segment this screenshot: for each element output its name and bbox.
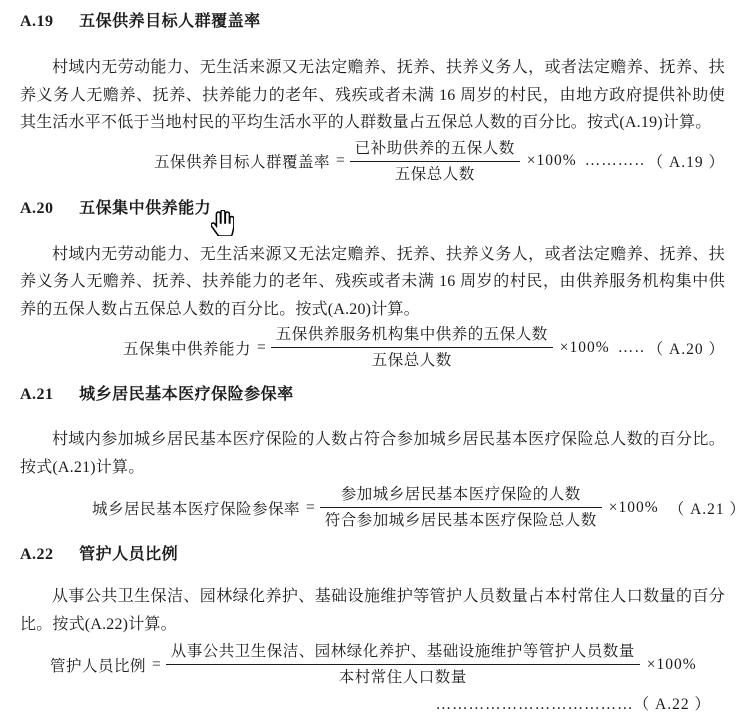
heading-title: 五保供养目标人群覆盖率 (79, 13, 261, 30)
heading-title: 五保集中供养能力 (79, 200, 211, 217)
heading-number: A.22 (20, 546, 54, 563)
equals-sign: = (306, 499, 315, 517)
equals-sign: = (257, 339, 266, 357)
equation-number: （ A.20 ） (648, 337, 725, 359)
formula-lhs: 五保集中供养能力 (123, 337, 251, 359)
multiplier: ×100% (560, 339, 610, 357)
section-heading: A.21城乡居民基本医疗保险参保率 (20, 385, 725, 405)
formula-lhs: 城乡居民基本医疗保险参保率 (92, 497, 300, 519)
section-a20: A.20五保集中供养能力 村域内无劳动能力、无生活来源又无法定赡养、抚养、扶养义… (20, 199, 725, 372)
fraction-numerator: 已补助供养的五保人数 (350, 138, 520, 161)
section-heading: A.20五保集中供养能力 (20, 199, 725, 219)
equation-number: （ A.22 ） (634, 696, 711, 713)
fraction: 五保供养服务机构集中供养的五保人数 五保总人数 (271, 324, 553, 371)
fraction: 从事公共卫生保洁、园林绿化养护、基础设施维护等管护人员数量 本村常住人口数量 (166, 641, 640, 688)
multiplier: ×100% (647, 656, 697, 674)
equals-sign: = (152, 656, 161, 674)
heading-number: A.19 (20, 13, 54, 30)
paragraph: 村域内参加城乡居民基本医疗保险的人数占符合参加城乡居民基本医疗保险总人数的百分比… (20, 426, 725, 481)
dot-leader: ……………………………… (436, 696, 634, 713)
hand-cursor-icon (211, 210, 234, 236)
section-heading: A.22管护人员比例 (20, 545, 725, 565)
formula-a22: 管护人员比例 = 从事公共卫生保洁、园林绿化养护、基础设施维护等管护人员数量 本… (50, 641, 725, 688)
heading-title: 城乡居民基本医疗保险参保率 (79, 386, 294, 403)
equation-number: （ A.21 ） (669, 497, 745, 519)
fraction: 已补助供养的五保人数 五保总人数 (350, 138, 520, 185)
paragraph: 村域内无劳动能力、无生活来源又无法定赡养、抚养、扶养义务人，或者法定赡养、抚养、… (20, 241, 725, 324)
fraction-denominator: 五保总人数 (367, 348, 457, 371)
heading-number: A.20 (20, 200, 54, 217)
fraction-numerator: 参加城乡居民基本医疗保险的人数 (336, 484, 586, 507)
fraction-numerator: 从事公共卫生保洁、园林绿化养护、基础设施维护等管护人员数量 (166, 641, 640, 664)
dot-leader: …………… (585, 152, 646, 170)
fraction: 参加城乡居民基本医疗保险的人数 符合参加城乡居民基本医疗保险总人数 (320, 484, 602, 531)
formula-a19: 五保供养目标人群覆盖率 = 已补助供养的五保人数 五保总人数 ×100% ………… (154, 138, 725, 185)
equals-sign: = (336, 152, 345, 170)
fraction-denominator: 本村常住人口数量 (334, 665, 472, 688)
formula-a20: 五保集中供养能力 = 五保供养服务机构集中供养的五保人数 五保总人数 ×100%… (123, 324, 725, 371)
formula-lhs: 五保供养目标人群覆盖率 (154, 150, 330, 172)
fraction-denominator: 五保总人数 (390, 162, 480, 185)
formula-lhs: 管护人员比例 (50, 654, 146, 676)
section-a19: A.19五保供养目标人群覆盖率 村域内无劳动能力、无生活来源又无法定赡养、抚养、… (20, 12, 725, 185)
formula-a21: 城乡居民基本医疗保险参保率 = 参加城乡居民基本医疗保险的人数 符合参加城乡居民… (92, 484, 725, 531)
equation-number: （ A.19 ） (648, 150, 725, 172)
heading-title: 管护人员比例 (79, 546, 178, 563)
paragraph: 村域内无劳动能力、无生活来源又无法定赡养、抚养、扶养义务人，或者法定赡养、抚养、… (20, 54, 725, 137)
multiplier: ×100% (609, 499, 659, 517)
section-a22: A.22管护人员比例 从事公共卫生保洁、园林绿化养护、基础设施维护等管护人员数量… (20, 545, 725, 714)
multiplier: ×100% (527, 152, 577, 170)
dot-leader: ……… (618, 339, 646, 357)
section-heading: A.19五保供养目标人群覆盖率 (20, 12, 725, 32)
document-page: A.19五保供养目标人群覆盖率 村域内无劳动能力、无生活来源又无法定赡养、抚养、… (0, 0, 745, 722)
paragraph: 从事公共卫生保洁、园林绿化养护、基础设施维护等管护人员数量占本村常住人口数量的百… (20, 583, 725, 638)
equation-number-line: ………………………………（ A.22 ） (20, 692, 725, 714)
section-a21: A.21城乡居民基本医疗保险参保率 村域内参加城乡居民基本医疗保险的人数占符合参… (20, 385, 725, 531)
fraction-denominator: 符合参加城乡居民基本医疗保险总人数 (320, 508, 602, 531)
fraction-numerator: 五保供养服务机构集中供养的五保人数 (271, 324, 553, 347)
heading-number: A.21 (20, 386, 54, 403)
